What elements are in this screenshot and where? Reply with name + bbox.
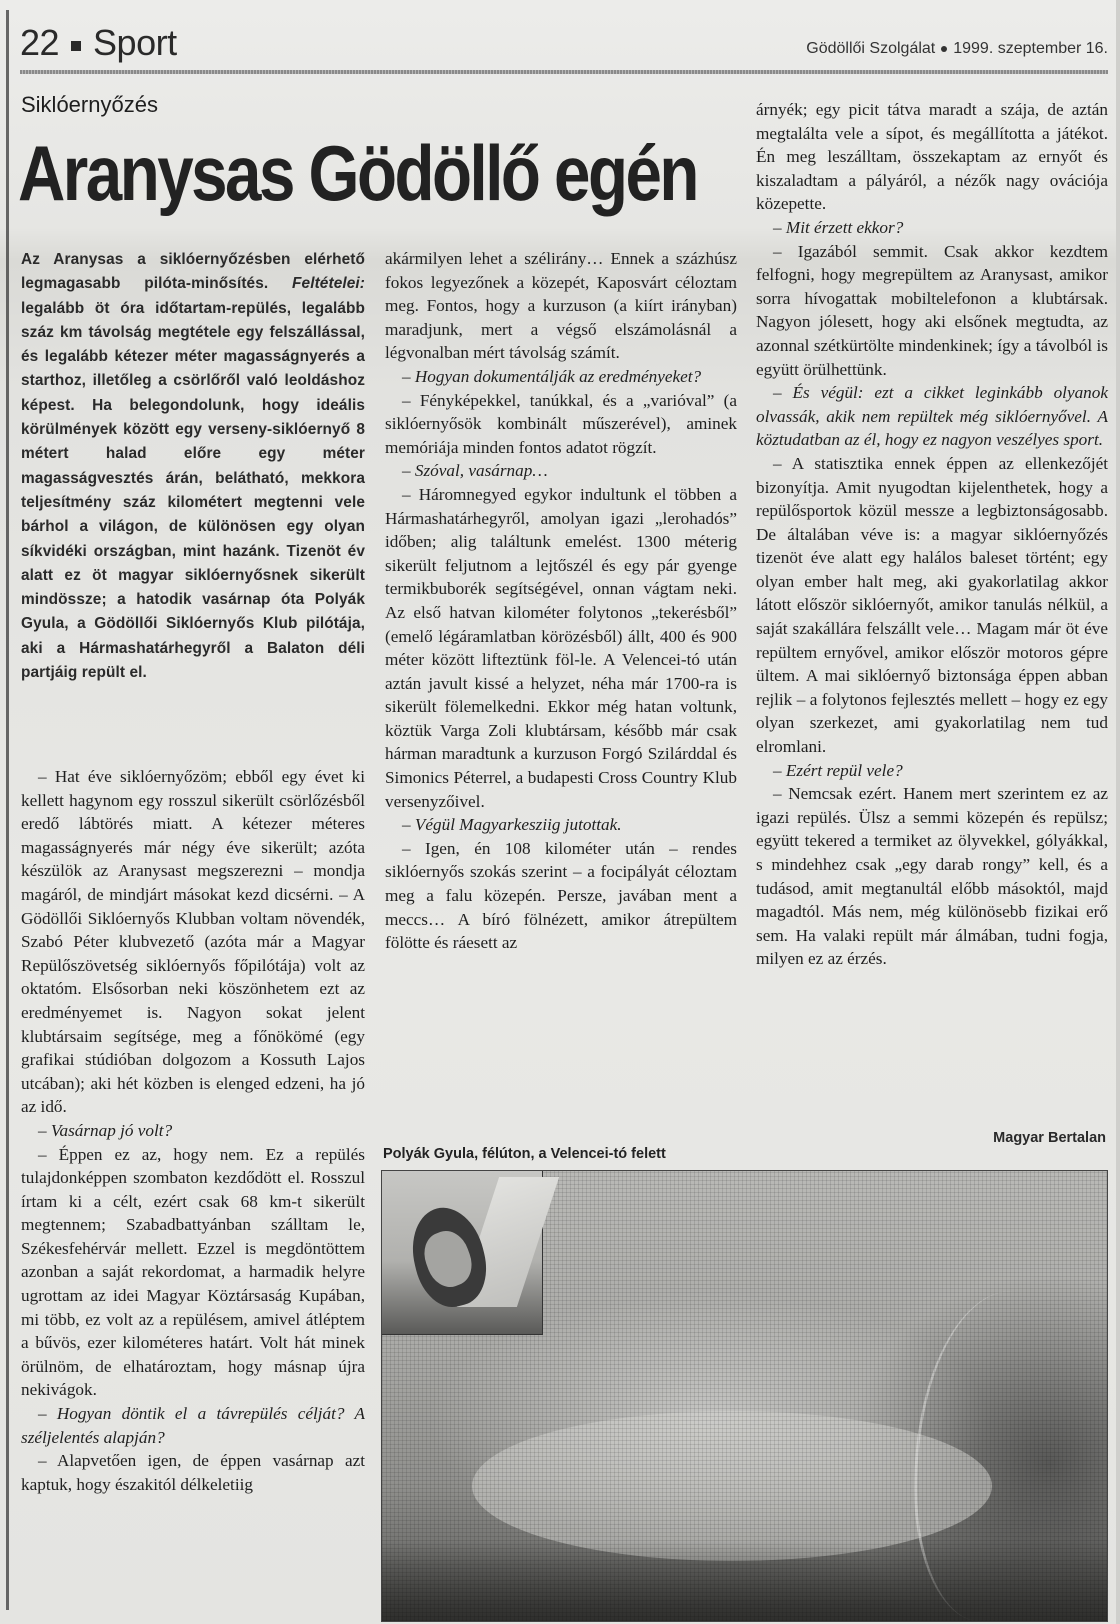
paragraph: – Igazából semmit. Csak akkor kezdtem fe… [756, 240, 1108, 382]
interview-question: – Végül Magyarkesziig jutottak. [385, 813, 737, 837]
article-lead: Az Aranysas a siklóernyőzésben elérhető … [21, 248, 365, 685]
lead-conditions-label: Feltételei: [292, 275, 365, 292]
page-number: 22 [20, 22, 59, 64]
interview-question: – Vasárnap jó volt? [21, 1119, 365, 1143]
article-kicker: Siklóernyőzés [21, 92, 158, 118]
page-header: 22 Sport Gödöllői Szolgálat 1999. szepte… [20, 22, 1108, 72]
article-column-2: akármilyen lehet a szélirány… Ennek a sz… [385, 247, 737, 955]
interview-question: – Mit érzett ekkor? [756, 216, 1108, 240]
pilot-inset-photo [382, 1171, 543, 1335]
header-rule [20, 70, 1108, 74]
publication-date: 1999. szeptember 16. [953, 40, 1108, 58]
paragraph: – Igen, én 108 kilométer után – rendes s… [385, 837, 737, 955]
paragraph: – Fényképekkel, tanúkkal, és a „varióval… [385, 389, 737, 460]
lead-conditions: legalább öt óra időtartam-repülés, legal… [21, 300, 365, 681]
section-name: Sport [93, 22, 177, 64]
paraglider-riser-lines [914, 1291, 1077, 1621]
paragraph: – Alapvetően igen, de éppen vasárnap azt… [21, 1449, 365, 1496]
publication-info: Gödöllői Szolgálat 1999. szeptember 16. [806, 40, 1108, 58]
newspaper-page: 22 Sport Gödöllői Szolgálat 1999. szepte… [0, 0, 1120, 1624]
paragraph: – A statisztika ennek éppen az ellenkező… [756, 452, 1108, 759]
interview-question: – És végül: ezt a cikket leginkább olyan… [756, 381, 1108, 452]
article-column-3: árnyék; egy picit tátva maradt a szája, … [756, 98, 1108, 971]
lake-shape [472, 1411, 992, 1561]
paragraph: – Háromnegyed egykor indultunk el többen… [385, 483, 737, 813]
square-bullet-icon [71, 41, 81, 51]
article-column-1: – Hat éve siklóernyőzöm; ebből egy évet … [21, 765, 365, 1496]
dot-separator-icon [941, 46, 947, 52]
page-edge-shadow [1116, 0, 1120, 1624]
author-byline: Magyar Bertalan [993, 1130, 1106, 1146]
article-headline: Aranysas Gödöllő egén [18, 128, 697, 218]
photo-caption: Polyák Gyula, félúton, a Velencei-tó fel… [383, 1146, 666, 1162]
page-section-label: 22 Sport [20, 22, 177, 64]
publication-name: Gödöllői Szolgálat [806, 40, 935, 58]
interview-question: – Szóval, vasárnap… [385, 459, 737, 483]
interview-question: – Hogyan dokumentálják az eredményeket? [385, 365, 737, 389]
paragraph: árnyék; egy picit tátva maradt a szája, … [756, 98, 1108, 216]
paragraph: – Hat éve siklóernyőzöm; ebből egy évet … [21, 765, 365, 1119]
paragraph: – Nemcsak ezért. Hanem mert szerintem ez… [756, 782, 1108, 971]
interview-question: – Ezért repül vele? [756, 759, 1108, 783]
paragraph: – Éppen ez az, hogy nem. Ez a repülés tu… [21, 1143, 365, 1403]
page-edge-line [6, 10, 9, 1610]
ground-shape [382, 1541, 1107, 1621]
paragraph: akármilyen lehet a szélirány… Ennek a sz… [385, 247, 737, 365]
interview-question: – Hogyan döntik el a távrepülés célját? … [21, 1402, 365, 1449]
aerial-photo [381, 1170, 1108, 1622]
